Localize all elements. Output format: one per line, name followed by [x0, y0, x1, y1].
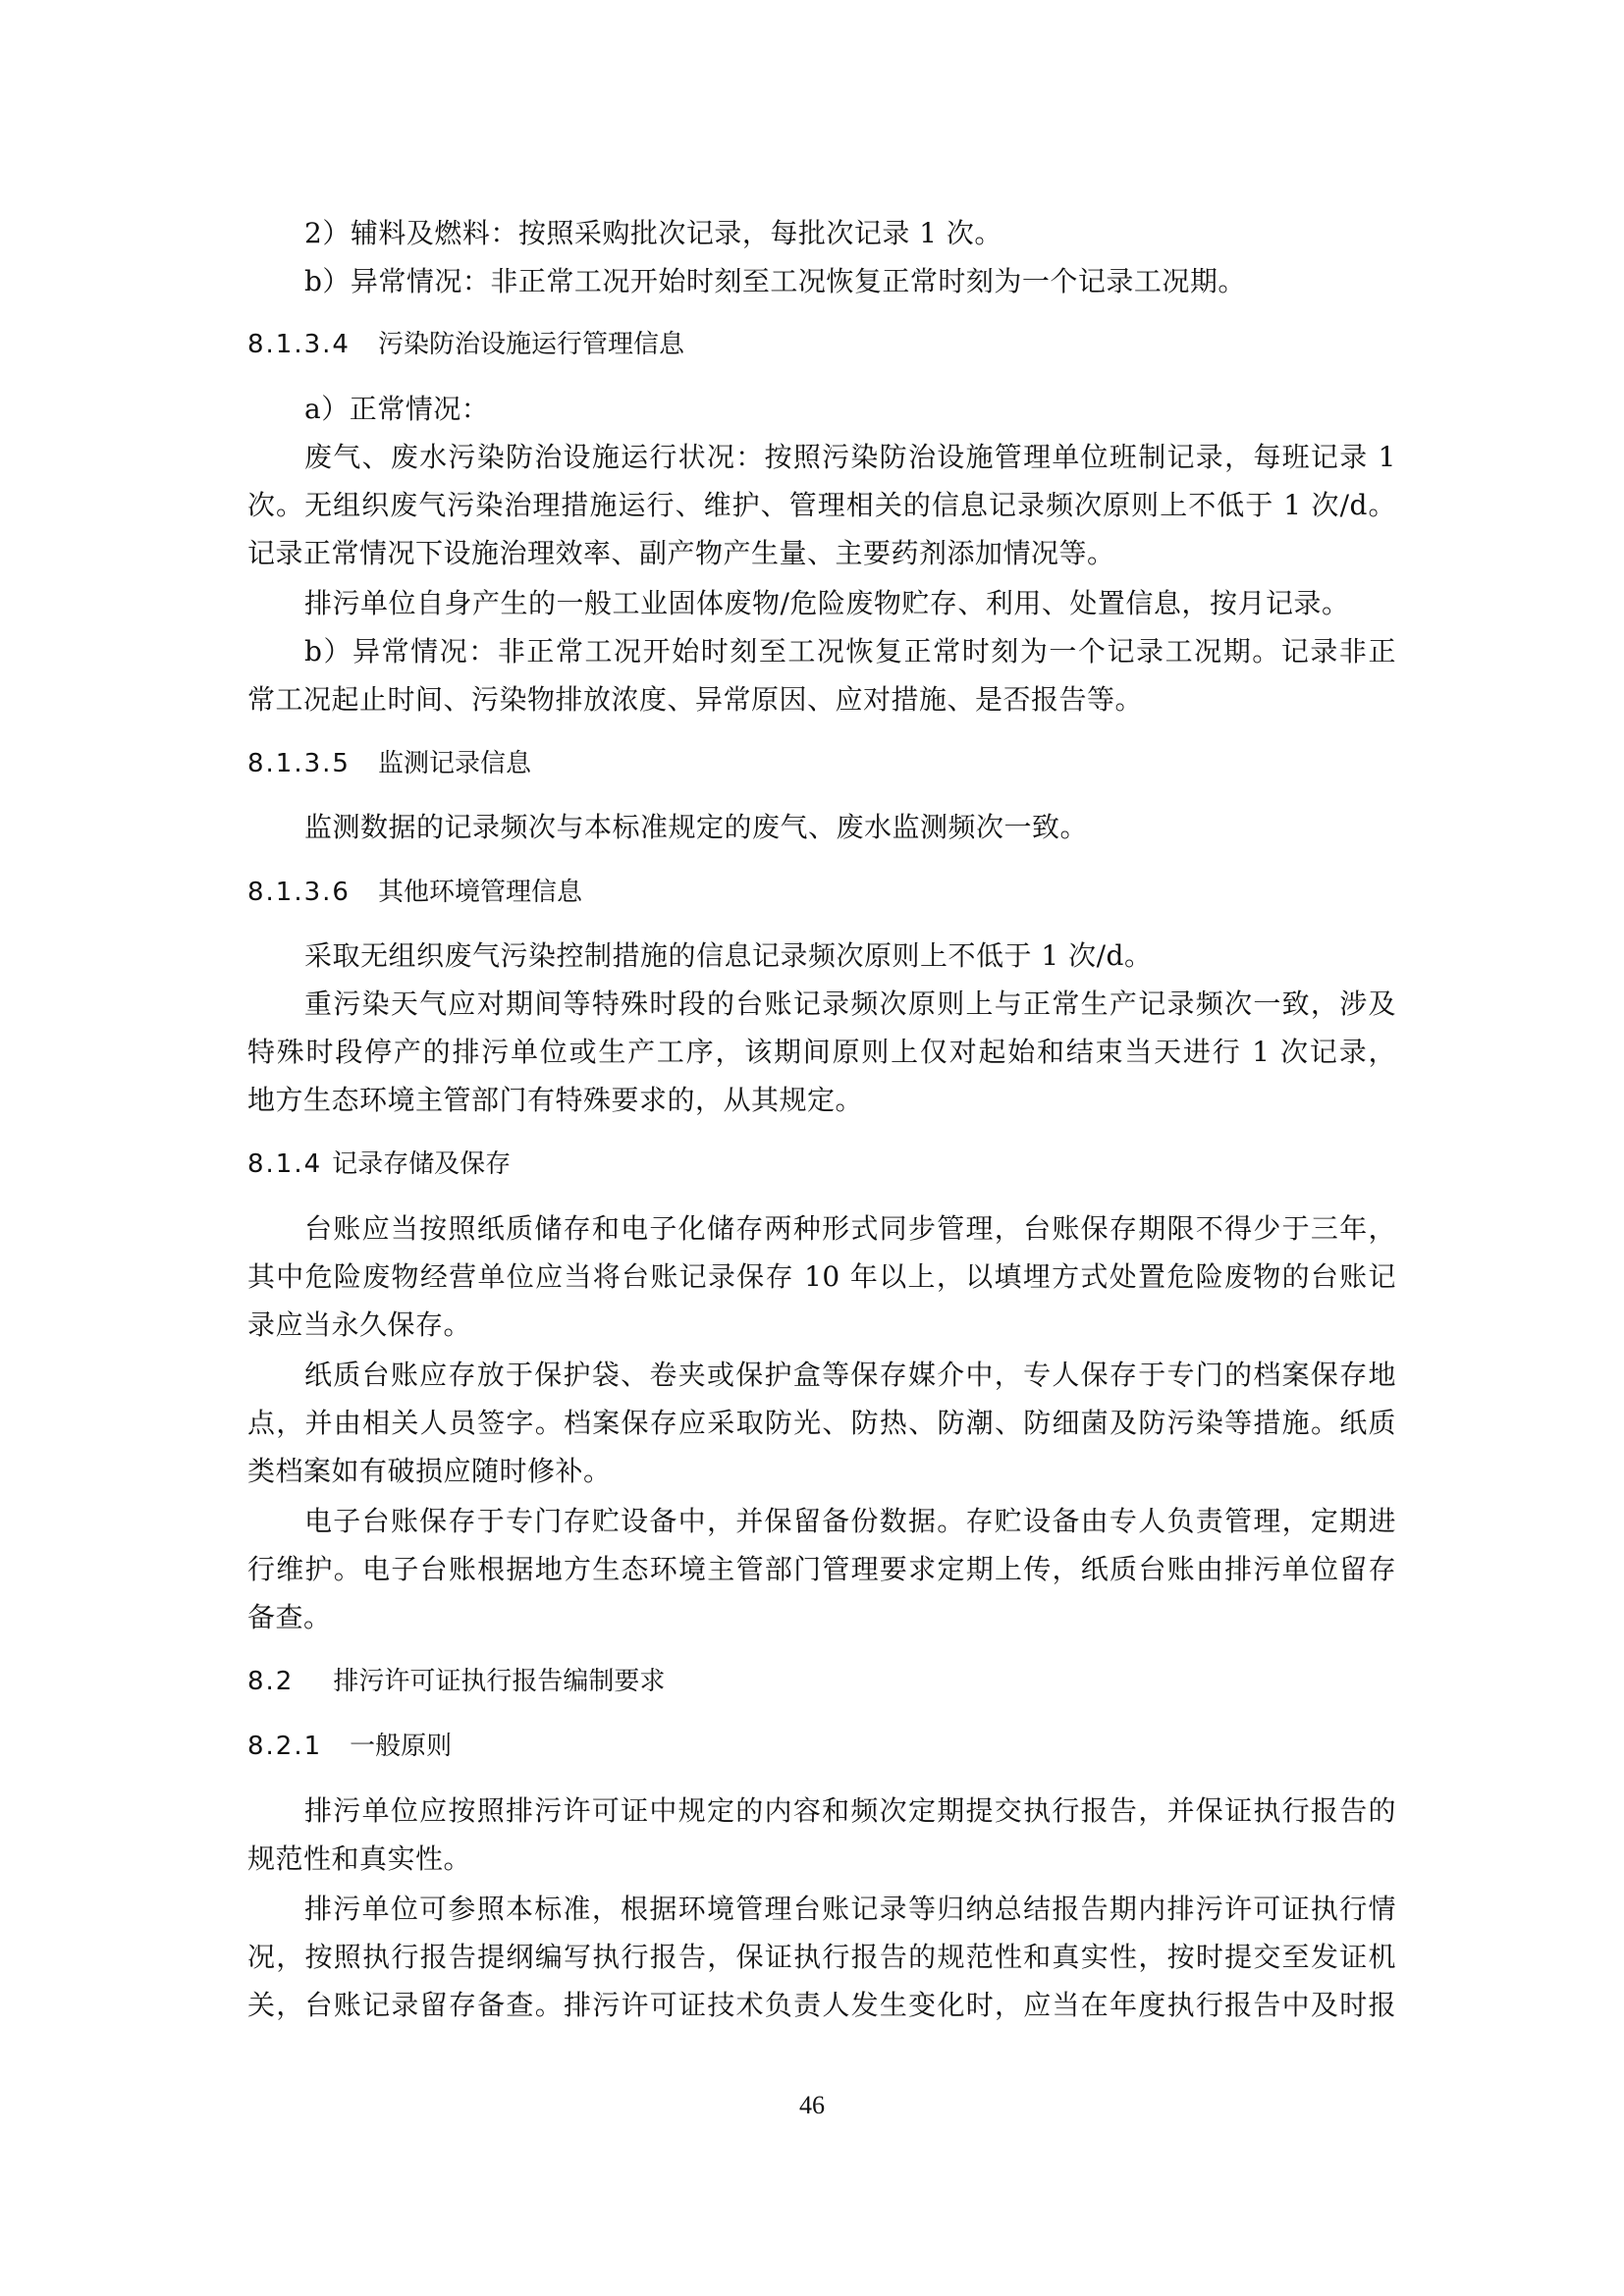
section-heading: 8.2.1一般原则 — [247, 1727, 452, 1766]
paragraph-line: 监测数据的记录频次与本标准规定的废气、废水监测频次一致。 — [304, 808, 1396, 847]
paragraph-line: b）异常情况：非正常工况开始时刻至工况恢复正常时刻为一个记录工况期。记录非正 — [304, 632, 1396, 671]
paragraph-line: 点，并由相关人员签字。档案保存应采取防光、防热、防潮、防细菌及防污染等措施。纸质 — [247, 1404, 1396, 1443]
paragraph-line: 其中危险废物经营单位应当将台账记录保存 10 年以上，以填埋方式处置危险废物的台… — [247, 1257, 1396, 1297]
paragraph-line: 行维护。电子台账根据地方生态环境主管部门管理要求定期上传，纸质台账由排污单位留存 — [247, 1550, 1396, 1589]
paragraph-line: 重污染天气应对期间等特殊时段的台账记录频次原则上与正常生产记录频次一致，涉及 — [304, 985, 1396, 1024]
paragraph-line: 关，台账记录留存备查。排污许可证技术负责人发生变化时，应当在年度执行报告中及时报 — [247, 1986, 1396, 2025]
paragraph-line: 排污单位应按照排污许可证中规定的内容和频次定期提交执行报告，并保证执行报告的 — [304, 1791, 1396, 1831]
section-number: 8.1.3.4 — [247, 325, 351, 364]
section-title: 记录存储及保存 — [332, 1149, 511, 1179]
paragraph-line: 排污单位自身产生的一般工业固体废物/危险废物贮存、利用、处置信息，按月记录。 — [304, 584, 1396, 623]
section-title: 监测记录信息 — [378, 749, 531, 778]
paragraph-line: 特殊时段停产的排污单位或生产工序，该期间原则上仅对起始和结束当天进行 1 次记录… — [247, 1033, 1396, 1072]
paragraph-line: 电子台账保存于专门存贮设备中，并保留备份数据。存贮设备由专人负责管理，定期进 — [304, 1502, 1396, 1541]
paragraph-line: 录应当永久保存。 — [247, 1306, 1396, 1345]
paragraph-line: 规范性和真实性。 — [247, 1840, 1396, 1879]
paragraph-line: 次。无组织废气污染治理措施运行、维护、管理相关的信息记录频次原则上不低于 1 次… — [247, 486, 1396, 525]
paragraph-line: 记录正常情况下设施治理效率、副产物产生量、主要药剂添加情况等。 — [247, 534, 1396, 573]
paragraph-line: 台账应当按照纸质储存和电子化储存两种形式同步管理，台账保存期限不得少于三年， — [304, 1209, 1396, 1249]
paragraph-line: 采取无组织废气污染控制措施的信息记录频次原则上不低于 1 次/d。 — [304, 936, 1396, 976]
document-page: 46 2）辅料及燃料：按照采购批次记录，每批次记录 1 次。b）异常情况：非正常… — [0, 0, 1624, 2296]
section-number: 8.2 — [247, 1662, 294, 1701]
section-title: 其他环境管理信息 — [378, 878, 582, 907]
paragraph-line: b）异常情况：非正常工况开始时刻至工况恢复正常时刻为一个记录工况期。 — [304, 262, 1396, 301]
paragraph-line: 常工况起止时间、污染物排放浓度、异常原因、应对措施、是否报告等。 — [247, 680, 1396, 720]
page-number: 46 — [0, 2091, 1624, 2120]
paragraph-line: 地方生态环境主管部门有特殊要求的，从其规定。 — [247, 1081, 1396, 1120]
paragraph-line: 排污单位可参照本标准，根据环境管理台账记录等归纳总结报告期内排污许可证执行情 — [304, 1890, 1396, 1929]
section-title: 污染防治设施运行管理信息 — [378, 330, 684, 359]
section-number: 8.1.3.5 — [247, 744, 351, 783]
paragraph-line: 况，按照执行报告提纲编写执行报告，保证执行报告的规范性和真实性，按时提交至发证机 — [247, 1938, 1396, 1977]
paragraph-line: 纸质台账应存放于保护袋、卷夹或保护盒等保存媒介中，专人保存于专门的档案保存地 — [304, 1356, 1396, 1395]
paragraph-line: 2）辅料及燃料：按照采购批次记录，每批次记录 1 次。 — [304, 214, 1396, 253]
section-heading: 8.1.3.6其他环境管理信息 — [247, 873, 582, 912]
section-heading: 8.2排污许可证执行报告编制要求 — [247, 1662, 665, 1701]
paragraph-line: 类档案如有破损应随时修补。 — [247, 1452, 1396, 1491]
paragraph-line: 备查。 — [247, 1598, 1396, 1637]
section-heading: 8.1.4记录存储及保存 — [247, 1145, 511, 1184]
section-number: 8.1.4 — [247, 1145, 322, 1184]
paragraph-line: 废气、废水污染防治设施运行状况：按照污染防治设施管理单位班制记录，每班记录 1 — [304, 438, 1396, 477]
section-number: 8.1.3.6 — [247, 873, 351, 912]
section-title: 排污许可证执行报告编制要求 — [333, 1667, 665, 1696]
section-number: 8.2.1 — [247, 1727, 322, 1766]
section-heading: 8.1.3.5监测记录信息 — [247, 744, 531, 783]
paragraph-line: a）正常情况： — [304, 390, 1396, 429]
section-heading: 8.1.3.4污染防治设施运行管理信息 — [247, 325, 684, 364]
section-title: 一般原则 — [350, 1732, 452, 1761]
